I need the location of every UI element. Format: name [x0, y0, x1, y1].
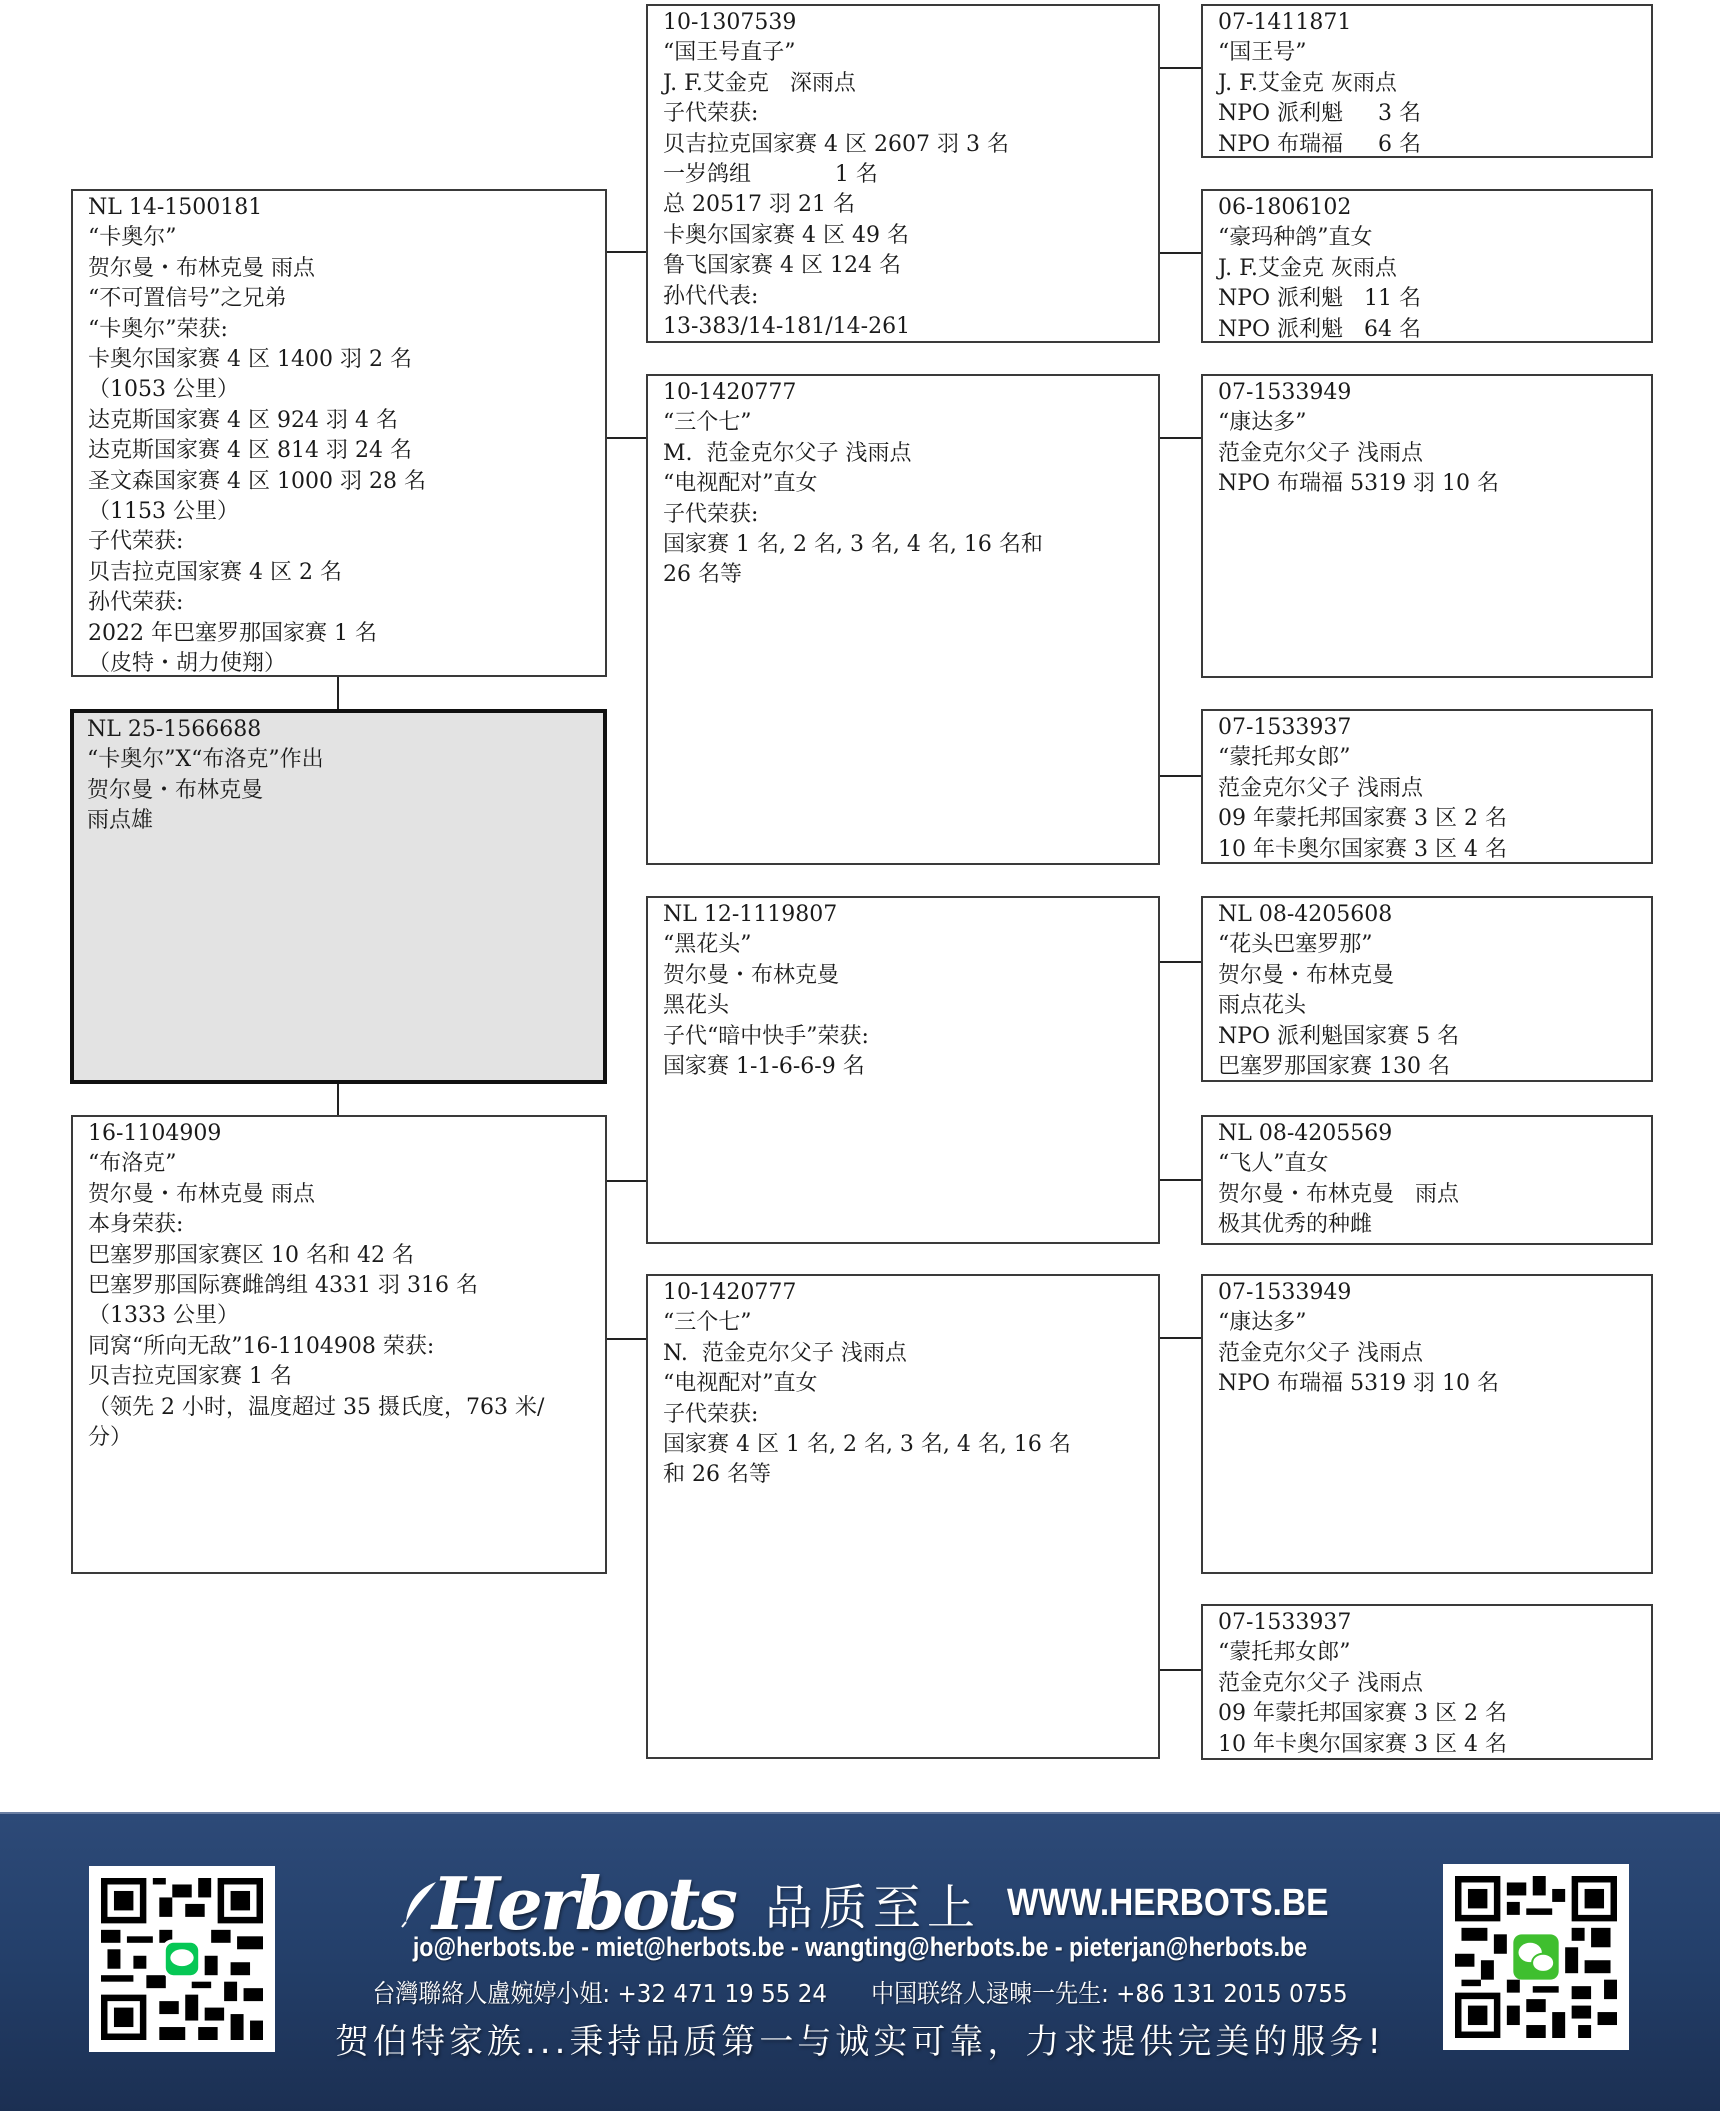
ring-number: NL 08-4205608	[1218, 900, 1651, 930]
connector-line	[337, 1084, 339, 1115]
pedigree-line: 贺尔曼・布林克曼 雨点	[88, 1180, 605, 1210]
connector-line	[1160, 775, 1201, 777]
pedigree-card-dam-sire: NL 12-1119807“黑花头”贺尔曼・布林克曼黑花头子代“暗中快手”荣获:…	[646, 896, 1160, 1244]
pedigree-card-dam-dam-sire: 07-1533949“康达多”范金克尔父子 浅雨点NPO 布瑞福 5319 羽 …	[1201, 1274, 1653, 1574]
pedigree-line: 贺尔曼・布林克曼	[663, 961, 1158, 991]
pedigree-card-dam-dam-dam: 07-1533937“蒙托邦女郎”范金克尔父子 浅雨点09 年蒙托邦国家赛 3 …	[1201, 1604, 1653, 1760]
pedigree-line: 13-383/14-181/14-261	[663, 312, 1158, 342]
pedigree-line: 孙代代表:	[663, 282, 1158, 312]
pedigree-line: （皮特・胡力使翔）	[88, 649, 605, 679]
pedigree-line: M. 范金克尔父子 浅雨点	[663, 439, 1158, 469]
pedigree-line: 卡奥尔国家赛 4 区 1400 羽 2 名	[88, 345, 605, 375]
pedigree-card-dam-dam: 10-1420777“三个七”N. 范金克尔父子 浅雨点“电视配对”直女子代荣获…	[646, 1274, 1160, 1759]
pedigree-line: 鲁飞国家赛 4 区 124 名	[663, 251, 1158, 281]
pedigree-line: “不可置信号”之兄弟	[88, 284, 605, 314]
contact-phones: 台灣聯絡人盧婉婷小姐: +32 471 19 55 24 中国联络人逯暕一先生:…	[69, 1974, 1651, 2010]
pedigree-line: 贺尔曼・布林克曼	[87, 776, 603, 806]
pedigree-line: “豪玛种鸽”直女	[1218, 223, 1651, 253]
pedigree-line: “电视配对”直女	[663, 1369, 1158, 1399]
connector-line	[607, 1180, 646, 1182]
pedigree-line: NPO 派利魁 64 名	[1218, 315, 1651, 345]
connector-line	[1160, 961, 1201, 963]
pedigree-line: “国王号直子”	[663, 38, 1158, 68]
pedigree-card-dam-sire-dam: NL 08-4205569“飞人”直女贺尔曼・布林克曼 雨点极其优秀的种雌	[1201, 1115, 1653, 1245]
pedigree-line: N. 范金克尔父子 浅雨点	[663, 1339, 1158, 1369]
pedigree-line: 雨点花头	[1218, 991, 1651, 1021]
connector-line	[607, 437, 646, 439]
pedigree-card-sire-dam: 10-1420777“三个七”M. 范金克尔父子 浅雨点“电视配对”直女子代荣获…	[646, 374, 1160, 865]
pedigree-line: 国家赛 1 名, 2 名, 3 名, 4 名, 16 名和	[663, 530, 1158, 560]
pedigree-line: 贺尔曼・布林克曼	[1218, 961, 1651, 991]
connector-line	[1160, 252, 1201, 254]
ring-number: 07-1533937	[1218, 1608, 1651, 1638]
pedigree-line: （1053 公里）	[88, 375, 605, 405]
pedigree-line: （领先 2 小时，温度超过 35 摄氏度，763 米/	[88, 1393, 605, 1423]
pedigree-line: 一岁鸽组 1 名	[663, 160, 1158, 190]
pedigree-card-subject: NL 25-1566688“卡奥尔”X“布洛克”作出贺尔曼・布林克曼雨点雄	[70, 709, 607, 1084]
pedigree-card-sire: NL 14-1500181“卡奥尔”贺尔曼・布林克曼 雨点“不可置信号”之兄弟“…	[71, 189, 607, 677]
pedigree-line: J. F.艾金克 深雨点	[663, 69, 1158, 99]
contact-china: 中国联络人逯暕一先生: +86 131 2015 0755	[871, 1979, 1348, 2008]
pedigree-line: “黑花头”	[663, 930, 1158, 960]
pedigree-line: “蒙托邦女郎”	[1218, 743, 1651, 773]
pedigree-line: “卡奥尔”	[88, 223, 605, 253]
pedigree-line: 圣文森国家赛 4 区 1000 羽 28 名	[88, 467, 605, 497]
pedigree-line: 贝吉拉克国家赛 4 区 2 名	[88, 558, 605, 588]
ring-number: 07-1533949	[1218, 378, 1651, 408]
qr-pattern-icon	[1455, 1876, 1617, 2038]
pedigree-line: “三个七”	[663, 408, 1158, 438]
pedigree-line: “蒙托邦女郎”	[1218, 1638, 1651, 1668]
pedigree-line: NPO 派利魁 3 名	[1218, 99, 1651, 129]
pedigree-line: 雨点雄	[87, 806, 603, 836]
pedigree-line: 贝吉拉克国家赛 4 区 2607 羽 3 名	[663, 130, 1158, 160]
pedigree-card-sire-dam-dam: 07-1533937“蒙托邦女郎”范金克尔父子 浅雨点09 年蒙托邦国家赛 3 …	[1201, 709, 1653, 864]
pedigree-line: 达克斯国家赛 4 区 924 羽 4 名	[88, 406, 605, 436]
pedigree-line: “国王号”	[1218, 38, 1651, 68]
ring-number: 10-1307539	[663, 8, 1158, 38]
wechat-qr-code[interactable]	[1443, 1864, 1629, 2050]
pedigree-line: NPO 布瑞福 6 名	[1218, 130, 1651, 160]
pedigree-card-sire-dam-sire: 07-1533949“康达多”范金克尔父子 浅雨点NPO 布瑞福 5319 羽 …	[1201, 374, 1653, 678]
pedigree-line: 国家赛 4 区 1 名, 2 名, 3 名, 4 名, 16 名	[663, 1430, 1158, 1460]
pedigree-line: 09 年蒙托邦国家赛 3 区 2 名	[1218, 1699, 1651, 1729]
connector-line	[337, 677, 339, 709]
pedigree-line: 子代“暗中快手”荣获:	[663, 1022, 1158, 1052]
pedigree-line: 孙代荣获:	[88, 588, 605, 618]
pedigree-line: NPO 派利魁 11 名	[1218, 284, 1651, 314]
pedigree-card-sire-sire: 10-1307539“国王号直子”J. F.艾金克 深雨点子代荣获:贝吉拉克国家…	[646, 4, 1160, 343]
pedigree-line: 子代荣获:	[88, 527, 605, 557]
pedigree-card-dam: 16-1104909“布洛克”贺尔曼・布林克曼 雨点本身荣获:巴塞罗那国家赛区 …	[71, 1115, 607, 1574]
pedigree-line: “卡奥尔”X“布洛克”作出	[87, 745, 603, 775]
ring-number: 07-1533949	[1218, 1278, 1651, 1308]
footer-banner: Herbots 品质至上 WWW.HERBOTS.BE jo@herbots.b…	[0, 1812, 1720, 2111]
connector-line	[1160, 1179, 1201, 1181]
pedigree-line: 范金克尔父子 浅雨点	[1218, 439, 1651, 469]
ring-number: 10-1420777	[663, 1278, 1158, 1308]
connector-line	[1160, 1669, 1201, 1671]
email-list[interactable]: jo@herbots.be - miet@herbots.be - wangti…	[120, 1932, 1599, 1963]
pedigree-line: 范金克尔父子 浅雨点	[1218, 774, 1651, 804]
pedigree-line: 极其优秀的种雌	[1218, 1210, 1651, 1240]
ring-number: NL 25-1566688	[87, 715, 603, 745]
pedigree-line: 和 26 名等	[663, 1460, 1158, 1490]
pedigree-line: 分）	[88, 1423, 605, 1453]
contact-taiwan: 台灣聯絡人盧婉婷小姐: +32 471 19 55 24	[372, 1979, 827, 2008]
pedigree-line: 卡奥尔国家赛 4 区 49 名	[663, 221, 1158, 251]
pedigree-card-sire-sire-dam: 06-1806102“豪玛种鸽”直女J. F.艾金克 灰雨点NPO 派利魁 11…	[1201, 189, 1653, 343]
pedigree-line: 总 20517 羽 21 名	[663, 190, 1158, 220]
pedigree-line: 26 名等	[663, 560, 1158, 590]
pedigree-line: 10 年卡奥尔国家赛 3 区 4 名	[1218, 1730, 1651, 1760]
pedigree-line: NPO 布瑞福 5319 羽 10 名	[1218, 1369, 1651, 1399]
pedigree-line: 范金克尔父子 浅雨点	[1218, 1669, 1651, 1699]
pedigree-line: “卡奥尔”荣获:	[88, 315, 605, 345]
brand-slogan: 品质至上	[765, 1869, 981, 1938]
pedigree-line: J. F.艾金克 灰雨点	[1218, 69, 1651, 99]
pedigree-line: “电视配对”直女	[663, 469, 1158, 499]
pedigree-line: 同窝“所向无敌”16-1104908 荣获:	[88, 1332, 605, 1362]
connector-line	[607, 251, 646, 253]
pedigree-line: “康达多”	[1218, 408, 1651, 438]
pedigree-line: 贺尔曼・布林克曼 雨点	[1218, 1180, 1651, 1210]
ring-number: NL 08-4205569	[1218, 1119, 1651, 1149]
ring-number: NL 12-1119807	[663, 900, 1158, 930]
pedigree-line: “三个七”	[663, 1308, 1158, 1338]
pedigree-line: 巴塞罗那国家赛 130 名	[1218, 1052, 1651, 1082]
ring-number: NL 14-1500181	[88, 193, 605, 223]
pedigree-card-dam-sire-sire: NL 08-4205608“花头巴塞罗那”贺尔曼・布林克曼雨点花头NPO 派利魁…	[1201, 896, 1653, 1082]
pedigree-line: 子代荣获:	[663, 1400, 1158, 1430]
pedigree-line: NPO 布瑞福 5319 羽 10 名	[1218, 469, 1651, 499]
pedigree-line: 子代荣获:	[663, 500, 1158, 530]
pedigree-line: （1333 公里）	[88, 1301, 605, 1331]
pedigree-line: 子代荣获:	[663, 99, 1158, 129]
pedigree-line: 2022 年巴塞罗那国家赛 1 名	[88, 619, 605, 649]
pedigree-line: 贝吉拉克国家赛 1 名	[88, 1362, 605, 1392]
pedigree-line: “飞人”直女	[1218, 1149, 1651, 1179]
website-link[interactable]: WWW.HERBOTS.BE	[1007, 1882, 1328, 1925]
connector-line	[1160, 1337, 1201, 1339]
ring-number: 07-1533937	[1218, 713, 1651, 743]
connector-line	[1160, 437, 1201, 439]
pedigree-line: 黑花头	[663, 991, 1158, 1021]
pedigree-line: 09 年蒙托邦国家赛 3 区 2 名	[1218, 804, 1651, 834]
connector-line	[1160, 67, 1201, 69]
pedigree-line: 范金克尔父子 浅雨点	[1218, 1339, 1651, 1369]
pedigree-line: 国家赛 1-1-6-6-9 名	[663, 1052, 1158, 1082]
ring-number: 10-1420777	[663, 378, 1158, 408]
pedigree-line: “康达多”	[1218, 1308, 1651, 1338]
pedigree-line: 达克斯国家赛 4 区 814 羽 24 名	[88, 436, 605, 466]
pedigree-line: 10 年卡奥尔国家赛 3 区 4 名	[1218, 835, 1651, 865]
pedigree-line: 本身荣获:	[88, 1210, 605, 1240]
pedigree-line: 巴塞罗那国家赛区 10 名和 42 名	[88, 1241, 605, 1271]
pedigree-line: “布洛克”	[88, 1149, 605, 1179]
pedigree-line: （1153 公里）	[88, 497, 605, 527]
pedigree-line: 巴塞罗那国际赛雌鸽组 4331 羽 316 名	[88, 1271, 605, 1301]
ring-number: 06-1806102	[1218, 193, 1651, 223]
ring-number: 07-1411871	[1218, 8, 1651, 38]
pedigree-line: J. F.艾金克 灰雨点	[1218, 254, 1651, 284]
pedigree-card-sire-sire-sire: 07-1411871“国王号”J. F.艾金克 灰雨点NPO 派利魁 3 名NP…	[1201, 4, 1653, 158]
ring-number: 16-1104909	[88, 1119, 605, 1149]
connector-line	[607, 1338, 646, 1340]
pedigree-line: 贺尔曼・布林克曼 雨点	[88, 254, 605, 284]
pedigree-line: NPO 派利魁国家赛 5 名	[1218, 1022, 1651, 1052]
pedigree-line: “花头巴塞罗那”	[1218, 930, 1651, 960]
